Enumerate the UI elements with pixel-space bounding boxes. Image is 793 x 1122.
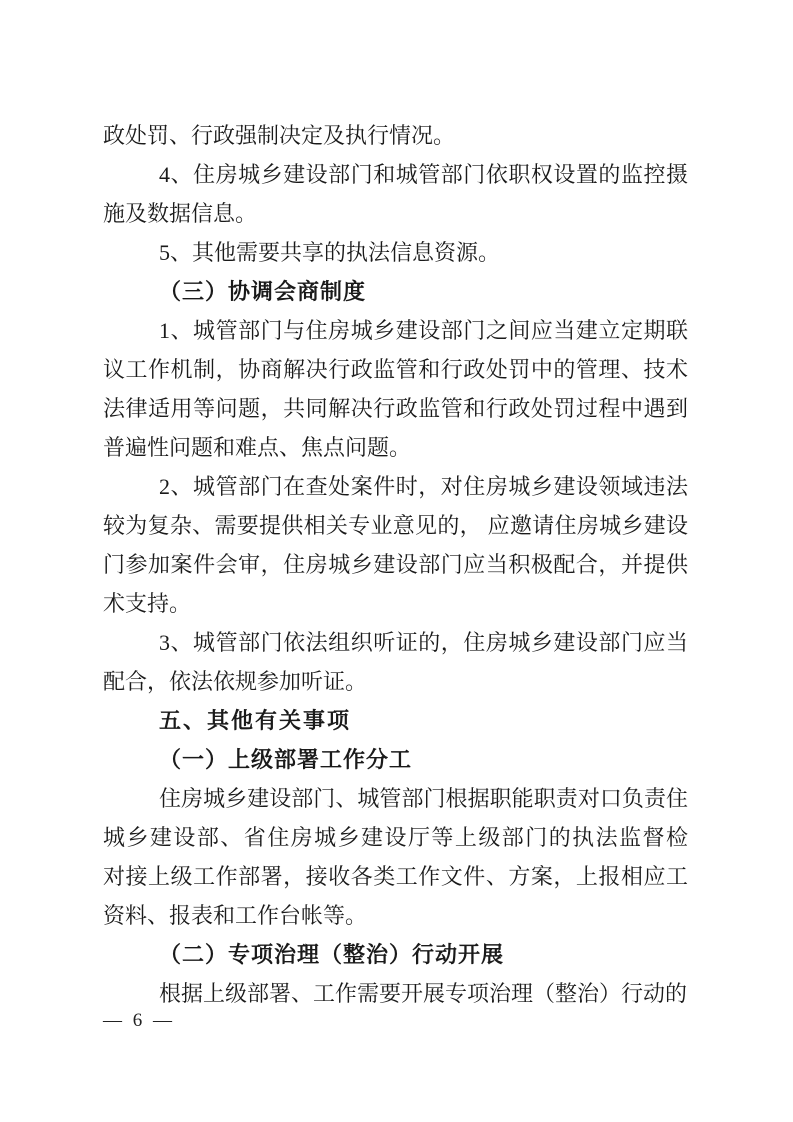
- section-heading: （三）协调会商制度: [103, 272, 688, 311]
- document-line: 对接上级工作部署，接收各类工作文件、方案，上报相应工作: [103, 857, 688, 896]
- document-line: 术支持。: [103, 584, 688, 623]
- document-line: 资料、报表和工作台帐等。: [103, 896, 688, 935]
- document-line: 议工作机制，协商解决行政监管和行政处罚中的管理、技术和: [103, 350, 688, 389]
- page-number: — 6 —: [103, 1010, 175, 1032]
- document-body: 政处罚、行政强制决定及执行情况。 4、住房城乡建设部门和城管部门依职权设置的监控…: [103, 116, 688, 1013]
- document-line: 配合，依法依规参加听证。: [103, 662, 688, 701]
- document-line: 施及数据信息。: [103, 194, 688, 233]
- document-line: 住房城乡建设部门、城管部门根据职能职责对口负责住房: [103, 779, 688, 818]
- document-line: 5、其他需要共享的执法信息资源。: [103, 233, 688, 272]
- document-page: 政处罚、行政强制决定及执行情况。 4、住房城乡建设部门和城管部门依职权设置的监控…: [0, 0, 793, 1122]
- document-line: 普遍性问题和难点、焦点问题。: [103, 428, 688, 467]
- document-line: 根据上级部署、工作需要开展专项治理（整治）行动的，: [103, 974, 688, 1013]
- document-line: 1、城管部门与住房城乡建设部门之间应当建立定期联席会: [103, 311, 688, 350]
- document-line: 政处罚、行政强制决定及执行情况。: [103, 116, 688, 155]
- document-line: 2、城管部门在查处案件时，对住房城乡建设领域违法行为: [103, 467, 688, 506]
- section-heading: （二）专项治理（整治）行动开展: [103, 935, 688, 974]
- document-line: 门参加案件会审，住房城乡建设部门应当积极配合，并提供技: [103, 545, 688, 584]
- section-heading: 五、其他有关事项: [103, 701, 688, 740]
- document-line: 较为复杂、需要提供相关专业意见的， 应邀请住房城乡建设部: [103, 506, 688, 545]
- document-line: 4、住房城乡建设部门和城管部门依职权设置的监控摄像设: [103, 155, 688, 194]
- document-line: 3、城管部门依法组织听证的，住房城乡建设部门应当积极: [103, 623, 688, 662]
- document-line: 法律适用等问题，共同解决行政监管和行政处罚过程中遇到的: [103, 389, 688, 428]
- section-heading: （一）上级部署工作分工: [103, 740, 688, 779]
- document-line: 城乡建设部、省住房城乡建设厅等上级部门的执法监督检查，: [103, 818, 688, 857]
